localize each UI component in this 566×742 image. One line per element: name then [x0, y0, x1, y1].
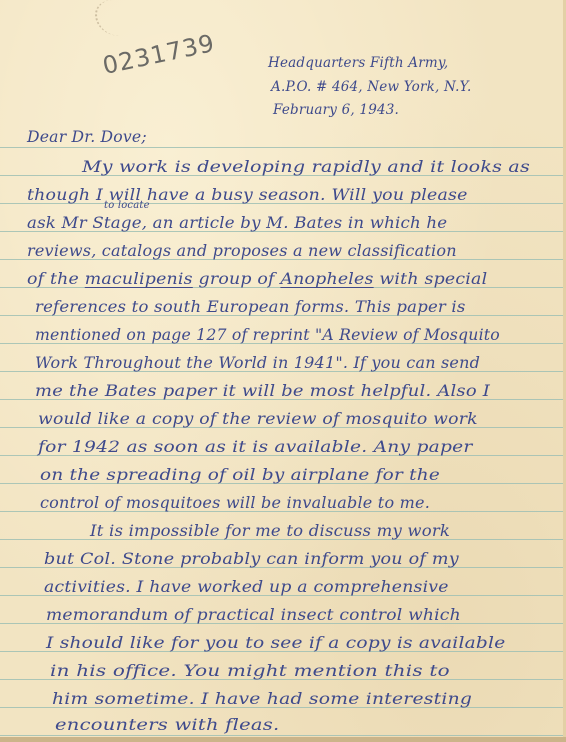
archive-number: 0231739: [100, 29, 217, 80]
body-line: ask Mr Stage, an article by M. Bates in …: [27, 214, 447, 232]
paper-bottom-edge: [0, 737, 566, 742]
body-line: My work is developing rapidly and it loo…: [82, 158, 530, 176]
letter-paper: 0231739 Headquarters Fifth Army, A.P.O. …: [0, 0, 563, 737]
body-line: memorandum of practical insect control w…: [46, 606, 461, 624]
body-line: encounters with fleas.: [55, 716, 279, 734]
body-line: reviews, catalogs and proposes a new cla…: [27, 242, 457, 260]
paper-stain: [95, 0, 137, 36]
text-group-of: group of: [193, 270, 281, 288]
body-line: It is impossible for me to discuss my wo…: [90, 522, 450, 540]
underlined-term: maculipenis: [85, 270, 193, 288]
body-line: I should like for you to see if a copy i…: [46, 634, 505, 652]
body-line: would like a copy of the review of mosqu…: [38, 410, 478, 428]
body-line: Work Throughout the World in 1941". If y…: [35, 354, 480, 372]
body-line: references to south European forms. This…: [35, 298, 466, 316]
body-line: on the spreading of oil by airplane for …: [40, 466, 440, 484]
body-line: me the Bates paper it will be most helpf…: [35, 382, 490, 400]
underlined-term: Anopheles: [280, 270, 373, 288]
body-line: for 1942 as soon as it is available. Any…: [38, 438, 473, 456]
body-line-underlined: of the maculipenis group of Anopheles wi…: [27, 270, 487, 288]
body-line: mentioned on page 127 of reprint "A Revi…: [35, 326, 500, 344]
body-line: in his office. You might mention this to: [50, 662, 450, 680]
body-line: activities. I have worked up a comprehen…: [44, 578, 449, 596]
body-line: him sometime. I have had some interestin…: [52, 690, 472, 708]
rule-line: [0, 147, 563, 148]
salutation: Dear Dr. Dove;: [27, 128, 147, 146]
body-line: but Col. Stone probably can inform you o…: [44, 550, 459, 568]
rule-line: [0, 735, 563, 736]
insertion-caret-text: to locate: [104, 200, 150, 211]
heading-line-2: A.P.O. # 464, New York, N.Y.: [271, 79, 472, 95]
heading-line-1: Headquarters Fifth Army,: [268, 55, 448, 71]
body-line: control of mosquitoes will be invaluable…: [40, 494, 430, 512]
text-with-special: with special: [374, 270, 488, 288]
heading-date: February 6, 1943.: [273, 102, 399, 118]
body-line: though I will have a busy season. Will y…: [27, 186, 468, 204]
text-of-the: of the: [27, 270, 85, 288]
